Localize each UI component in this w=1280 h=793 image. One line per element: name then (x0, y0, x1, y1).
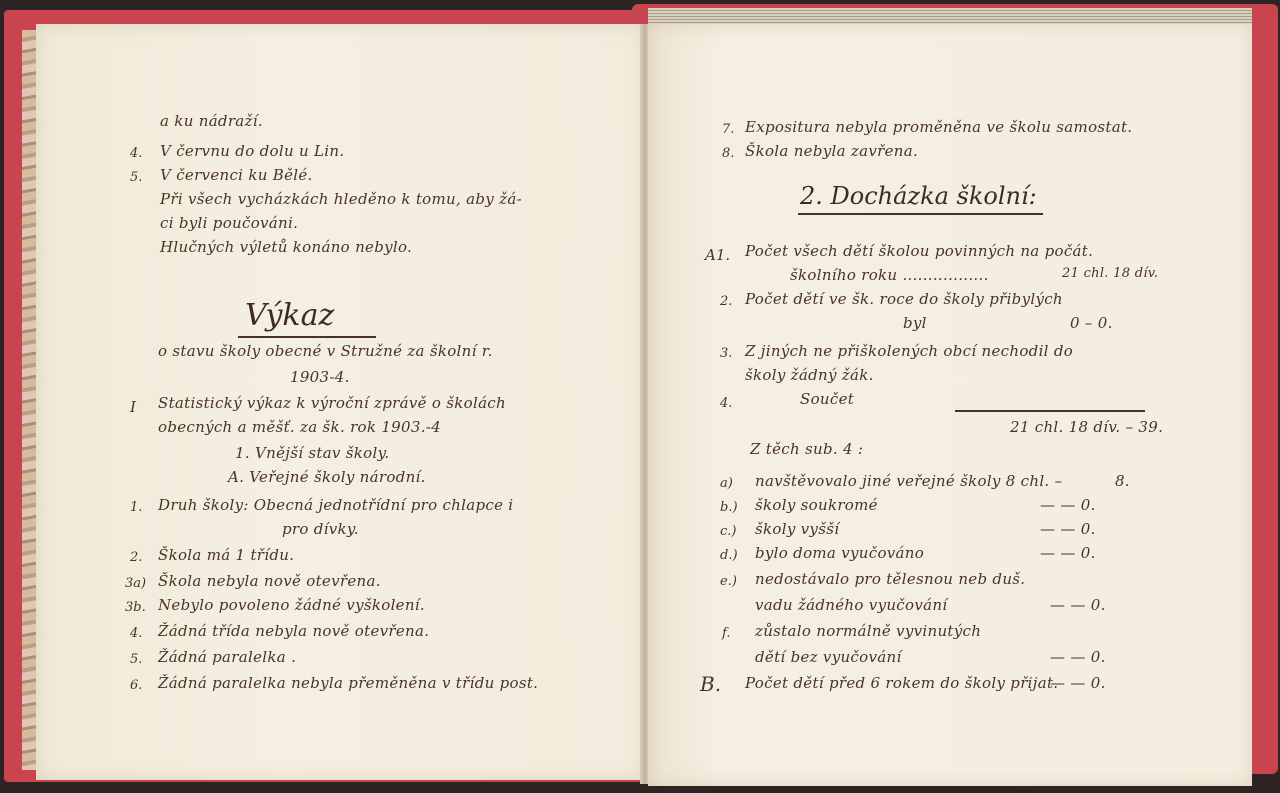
handwritten-line: ci byli poučováni. (160, 214, 298, 232)
line-number: 3b. (125, 600, 146, 615)
line-number: 8. (722, 146, 734, 161)
handwritten-line: Počet všech dětí školou povinných na poč… (745, 242, 1093, 260)
handwritten-line: V červenci ku Bělé. (160, 166, 313, 184)
line-number: c.) (720, 524, 737, 539)
handwritten-line: bylo doma vyučováno (755, 544, 924, 562)
line-number: 4. (130, 626, 142, 641)
report-year: 1903-4. (290, 368, 350, 386)
heading-underline (238, 336, 376, 338)
handwritten-line: Druh školy: Obecná jednotřídní pro chlap… (158, 496, 513, 514)
handwritten-line: Počet dětí před 6 rokem do školy přijat. (745, 674, 1058, 692)
section-number: I (130, 398, 136, 416)
handwritten-line: školy vyšší (755, 520, 839, 538)
value-cell: — — 0. (1040, 496, 1096, 514)
handwritten-line: obecných a měšť. za šk. rok 1903.-4 (158, 418, 441, 436)
line-number: 2. (130, 550, 142, 565)
line-number: 4. (130, 146, 142, 161)
heading-underline (798, 213, 1043, 215)
handwritten-line: V červnu do dolu u Lin. (160, 142, 344, 160)
line-number: A1. (705, 246, 730, 264)
value-cell: 8. (1115, 472, 1130, 490)
handwritten-line: Z jiných ne přiškolených obcí nechodil d… (745, 342, 1073, 360)
line-number: 4. (720, 396, 732, 411)
handwritten-line: Statistický výkaz k výroční zprávě o ško… (158, 394, 506, 412)
line-number: e.) (720, 574, 737, 589)
handwritten-line: navštěvovalo jiné veřejné školy 8 chl. – (755, 472, 1062, 490)
value-cell: — — 0. (1050, 596, 1106, 614)
line-number: 1. (130, 500, 142, 515)
handwritten-line: dětí bez vyučování (755, 648, 902, 666)
handwritten-line: Žádná třída nebyla nově otevřena. (158, 622, 429, 640)
handwritten-line: Hlučných výletů konáno nebylo. (160, 238, 412, 256)
line-number: 3. (720, 346, 732, 361)
sum-value: 21 chl. 18 dív. – 39. (1010, 418, 1163, 436)
handwritten-line: vadu žádného vyučování (755, 596, 947, 614)
value-cell: — — 0. (1050, 674, 1106, 692)
line-number: f. (722, 626, 730, 641)
handwritten-line: školy žádný žák. (745, 366, 874, 384)
line-number: b.) (720, 500, 738, 515)
line-number: 3a) (125, 576, 146, 591)
subsection-heading: A. Veřejné školy národní. (228, 468, 426, 486)
handwritten-line: byl (903, 314, 927, 332)
attendance-heading: 2. Docházka školní: (800, 182, 1037, 210)
subsection-heading: Z těch sub. 4 : (750, 440, 863, 458)
sum-rule (955, 410, 1145, 412)
line-number: 2. (720, 294, 732, 309)
marbled-endpaper (22, 30, 36, 770)
subsection-heading: 1. Vnější stav školy. (235, 444, 389, 462)
handwritten-line: pro dívky. (282, 520, 359, 538)
value-cell: — — 0. (1040, 520, 1096, 538)
handwritten-line: Škola má 1 třídu. (158, 546, 294, 564)
handwritten-line: Expositura nebyla proměněna ve školu sam… (745, 118, 1132, 136)
report-subheading: o stavu školy obecné v Stružné za školní… (158, 342, 493, 360)
value-cell: — — 0. (1040, 544, 1096, 562)
handwritten-line: školního roku ................. (790, 266, 989, 284)
handwritten-line: Žádná paralelka . (158, 648, 296, 666)
handwritten-line: Nebylo povoleno žádné vyškolení. (158, 596, 425, 614)
line-number: 5. (130, 170, 142, 185)
handwritten-line: Při všech vycházkách hleděno k tomu, aby… (160, 190, 522, 208)
value-cell: — — 0. (1050, 648, 1106, 666)
line-number: B. (700, 672, 721, 696)
handwritten-line: nedostávalo pro tělesnou neb duš. (755, 570, 1025, 588)
handwritten-line: Škola nebyla zavřena. (745, 142, 918, 160)
line-number: a) (720, 476, 733, 491)
value-cell: 0 – 0. (1070, 314, 1113, 332)
line-number: 6. (130, 678, 142, 693)
line-number: d.) (720, 548, 738, 563)
value-cell: 21 chl. 18 dív. (1062, 266, 1158, 281)
report-heading: Výkaz (245, 298, 334, 333)
right-page (648, 24, 1252, 786)
handwritten-line: školy soukromé (755, 496, 878, 514)
handwritten-line: Žádná paralelka nebyla přeměněna v třídu… (158, 674, 538, 692)
line-number: 5. (130, 652, 142, 667)
line-number: 7. (722, 122, 734, 137)
handwritten-line: Počet dětí ve šk. roce do školy přibylýc… (745, 290, 1063, 308)
handwritten-line: Škola nebyla nově otevřena. (158, 572, 381, 590)
sum-label: Součet (800, 390, 854, 408)
handwritten-line: zůstalo normálně vyvinutých (755, 622, 981, 640)
handwritten-line: a ku nádraží. (160, 112, 263, 130)
